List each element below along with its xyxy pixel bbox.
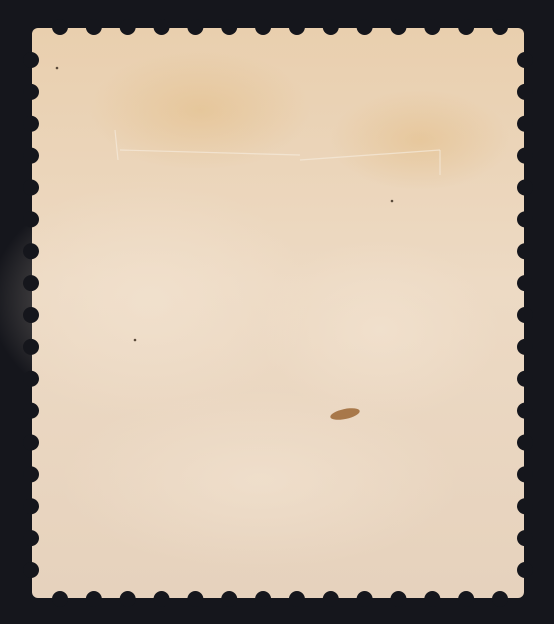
perforation-hole — [120, 591, 136, 607]
perforation-hole — [357, 19, 373, 35]
perforation-hole — [517, 562, 533, 578]
perforation-hole — [23, 562, 39, 578]
perforation-hole — [23, 498, 39, 514]
perforation-hole — [187, 591, 203, 607]
perforation-hole — [23, 371, 39, 387]
perforation-hole — [52, 19, 68, 35]
perforation-hole — [517, 84, 533, 100]
perforation-hole — [255, 19, 271, 35]
perforation-hole — [517, 466, 533, 482]
perforation-hole — [120, 19, 136, 35]
perforation-hole — [424, 19, 440, 35]
perforation-hole — [323, 19, 339, 35]
perforation-hole — [517, 403, 533, 419]
perforation-hole — [154, 591, 170, 607]
perforation-hole — [23, 339, 39, 355]
perforation-hole — [517, 371, 533, 387]
perforation-hole — [23, 211, 39, 227]
perforation-hole — [23, 116, 39, 132]
perforation-hole — [221, 19, 237, 35]
perforation-hole — [492, 19, 508, 35]
perforation-hole — [23, 84, 39, 100]
perforation-hole — [517, 498, 533, 514]
perforation-hole — [154, 19, 170, 35]
perforation-hole — [517, 243, 533, 259]
stamp — [0, 19, 533, 607]
perforation-hole — [86, 591, 102, 607]
stamp-back-image — [0, 0, 554, 624]
perforation-hole — [23, 148, 39, 164]
perforation-hole — [458, 591, 474, 607]
perforation-hole — [23, 275, 39, 291]
perforation-hole — [517, 307, 533, 323]
perforation-hole — [23, 466, 39, 482]
perforation-hole — [255, 591, 271, 607]
perforation-hole — [23, 180, 39, 196]
perforation-hole — [517, 52, 533, 68]
photo-stage — [0, 0, 554, 624]
perforation-hole — [517, 275, 533, 291]
perforation-hole — [517, 339, 533, 355]
perforation-hole — [187, 19, 203, 35]
perforation-hole — [23, 530, 39, 546]
perforation-hole — [424, 591, 440, 607]
perforation-hole — [517, 435, 533, 451]
perforation-hole — [517, 148, 533, 164]
perforation-hole — [52, 591, 68, 607]
perforation-hole — [323, 591, 339, 607]
perforation-hole — [23, 307, 39, 323]
perforation-hole — [23, 403, 39, 419]
perforation-hole — [86, 19, 102, 35]
perforation-hole — [23, 243, 39, 259]
perforation-hole — [390, 19, 406, 35]
perforation-hole — [517, 211, 533, 227]
perforation-hole — [289, 591, 305, 607]
perforation-hole — [221, 591, 237, 607]
perforation-hole — [23, 52, 39, 68]
perforation-hole — [517, 116, 533, 132]
perforation-hole — [492, 591, 508, 607]
perforation-hole — [458, 19, 474, 35]
perforation-hole — [289, 19, 305, 35]
perforation-hole — [517, 180, 533, 196]
perforation-hole — [517, 530, 533, 546]
perforation-hole — [357, 591, 373, 607]
perforation-hole — [23, 435, 39, 451]
perforation-hole — [390, 591, 406, 607]
